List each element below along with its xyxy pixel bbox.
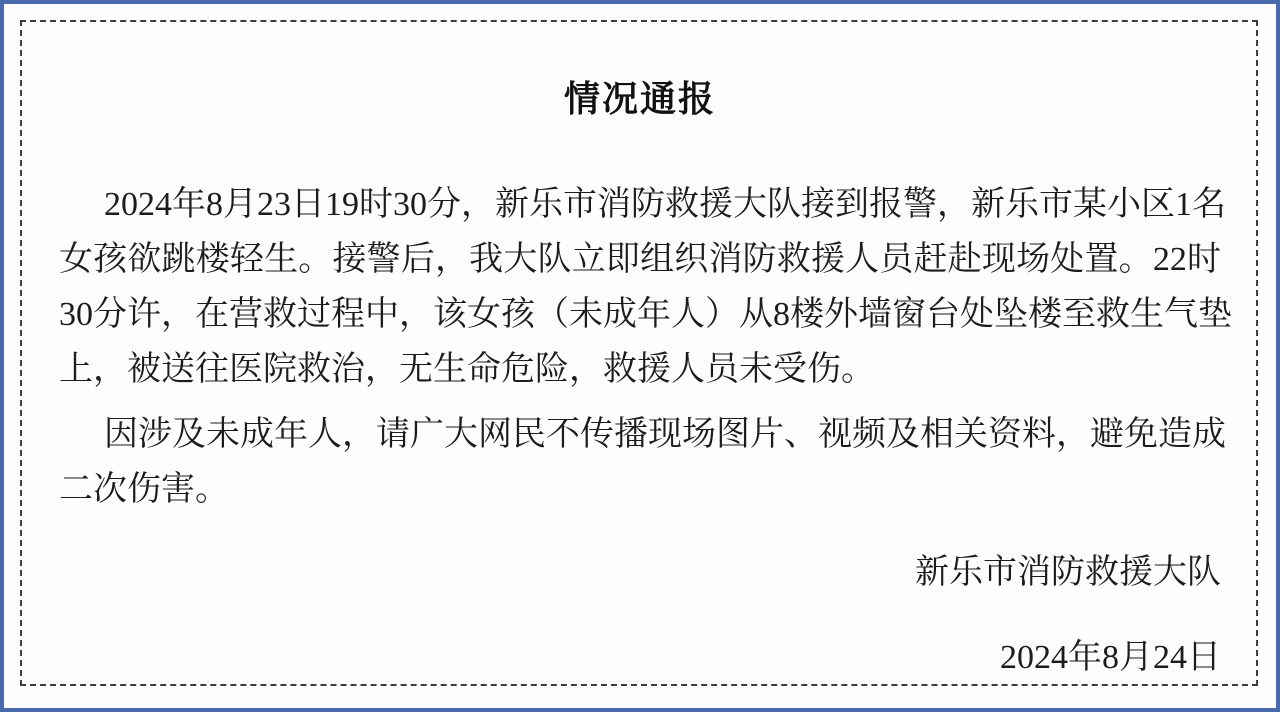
paragraph-incident: 2024年8月23日19时30分，新乐市消防救援大队接到报警，新乐市某小区1名 … <box>59 177 1221 397</box>
paragraph-line: 2024年8月23日19时30分，新乐市消防救援大队接到报警，新乐市某小区1名 <box>59 177 1221 232</box>
paragraph-line: 因涉及未成年人，请广大网民不传播现场图片、视频及相关资料，避免造成 <box>59 407 1221 462</box>
issuing-authority: 新乐市消防救援大队 <box>59 545 1221 600</box>
signature-block: 新乐市消防救援大队 2024年8月24日 <box>59 545 1221 685</box>
notice-content: 情况通报 2024年8月23日19时30分，新乐市消防救援大队接到报警，新乐市某… <box>4 78 1276 685</box>
notice-title: 情况通报 <box>59 78 1221 120</box>
paragraph-appeal: 因涉及未成年人，请广大网民不传播现场图片、视频及相关资料，避免造成 二次伤害。 <box>59 407 1221 517</box>
issue-date: 2024年8月24日 <box>59 630 1221 685</box>
paragraph-line: 上，被送往医院救治，无生命危险，救援人员未受伤。 <box>59 342 1221 397</box>
paragraph-line: 女孩欲跳楼轻生。接警后，我大队立即组织消防救援人员赶赴现场处置。22时 <box>59 232 1221 287</box>
paragraph-line: 二次伤害。 <box>59 462 1221 517</box>
notice-document: 情况通报 2024年8月23日19时30分，新乐市消防救援大队接到报警，新乐市某… <box>0 0 1280 712</box>
paragraph-line: 30分许，在营救过程中，该女孩（未成年人）从8楼外墙窗台处坠楼至救生气垫 <box>59 287 1221 342</box>
